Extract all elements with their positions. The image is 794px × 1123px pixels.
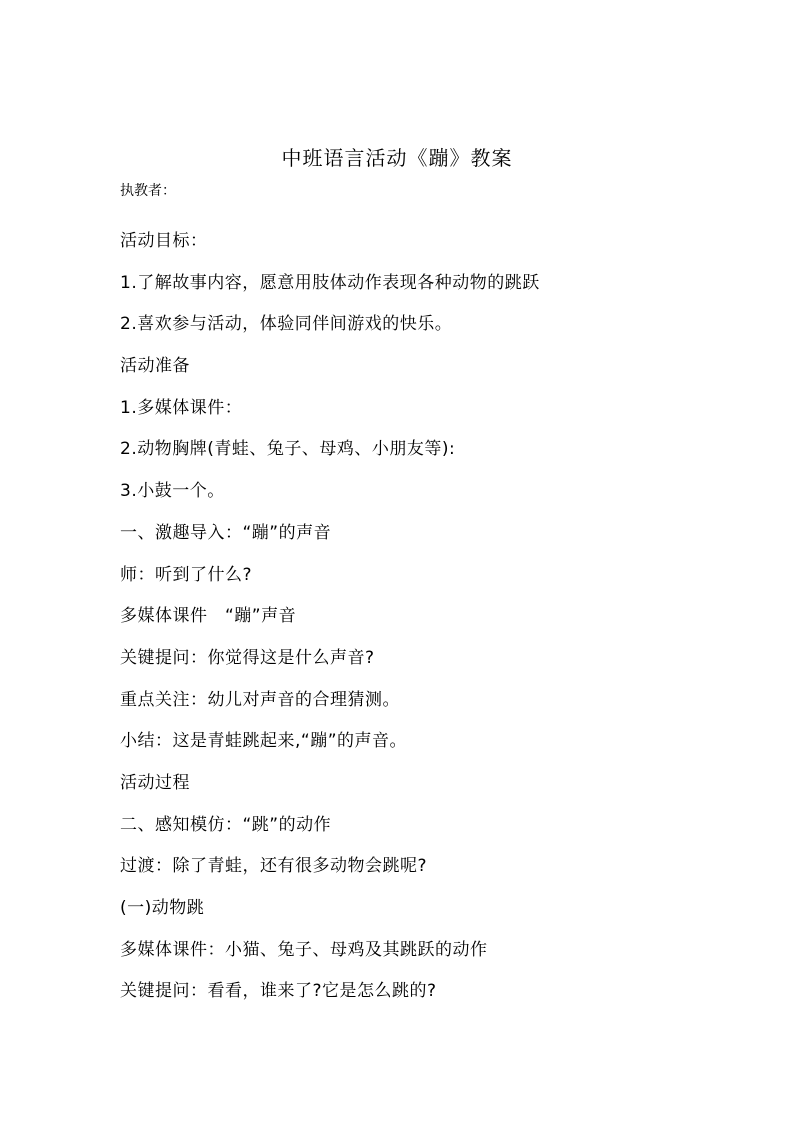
section-heading-objectives: 活动目标： (120, 229, 720, 271)
objective-item: 1.了解故事内容，愿意用肢体动作表现各种动物的跳跃 (120, 271, 720, 313)
subsection-heading-animal-jump: (一)动物跳 (120, 896, 720, 938)
objective-item: 2.喜欢参与活动，体验同伴间游戏的快乐。 (120, 312, 720, 354)
paragraph-line: 多媒体课件：小猫、兔子、母鸡及其跳跃的动作 (120, 938, 720, 980)
paragraph-line: 师：听到了什么? (120, 563, 720, 605)
paragraph-line: 多媒体课件 “蹦”声音 (120, 604, 720, 646)
paragraph-line: 关键提问：你觉得这是什么声音? (120, 646, 720, 688)
preparation-item: 1.多媒体课件： (120, 396, 720, 438)
paragraph-line: 重点关注：幼儿对声音的合理猜测。 (120, 688, 720, 730)
section-heading-preparation: 活动准备 (120, 354, 720, 396)
document-body: 活动目标： 1.了解故事内容，愿意用肢体动作表现各种动物的跳跃 2.喜欢参与活动… (120, 229, 720, 1021)
step-heading-introduction: 一、激趣导入：“蹦”的声音 (120, 521, 720, 563)
document-page: 中班语言活动《蹦》教案 执教者： 活动目标： 1.了解故事内容，愿意用肢体动作表… (0, 0, 794, 1123)
preparation-item: 3.小鼓一个。 (120, 479, 720, 521)
preparation-item: 2.动物胸牌(青蛙、兔子、母鸡、小朋友等): (120, 437, 720, 479)
step-heading-imitation: 二、感知模仿：“跳”的动作 (120, 813, 720, 855)
paragraph-line: 过渡：除了青蛙，还有很多动物会跳呢? (120, 854, 720, 896)
section-heading-process: 活动过程 (120, 771, 720, 813)
paragraph-line: 小结：这是青蛙跳起来,“蹦”的声音。 (120, 729, 720, 771)
teacher-label: 执教者： (120, 182, 176, 200)
document-title: 中班语言活动《蹦》教案 (0, 146, 794, 170)
paragraph-line: 关键提问：看看，谁来了?它是怎么跳的? (120, 979, 720, 1021)
